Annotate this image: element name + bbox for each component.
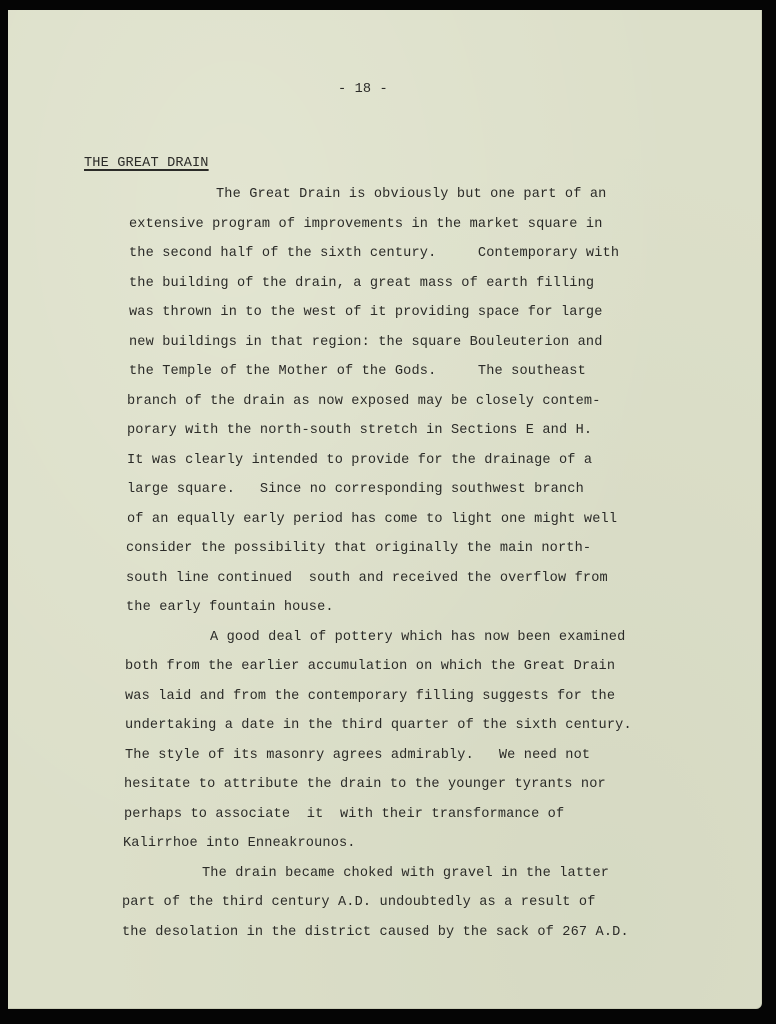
- text-line: perhaps to associate it with their trans…: [124, 807, 564, 822]
- text-line: consider the possibility that originally…: [126, 541, 591, 556]
- text-line: The drain became choked with gravel in t…: [202, 866, 609, 881]
- text-line: It was clearly intended to provide for t…: [127, 453, 592, 468]
- text-line: the desolation in the district caused by…: [122, 925, 629, 940]
- text-line: south line continued south and received …: [126, 571, 608, 586]
- text-line: new buildings in that region: the square…: [129, 335, 603, 350]
- text-line: porary with the north-south stretch in S…: [127, 423, 592, 438]
- text-line: the second half of the sixth century. Co…: [129, 246, 619, 261]
- text-line: of an equally early period has come to l…: [127, 512, 617, 527]
- text-line: hesitate to attribute the drain to the y…: [124, 777, 606, 792]
- text-line: the Temple of the Mother of the Gods. Th…: [129, 364, 586, 379]
- text-line: the building of the drain, a great mass …: [129, 276, 594, 291]
- text-line: The style of its masonry agrees admirabl…: [125, 748, 590, 763]
- typewritten-page: - 18 - THE GREAT DRAIN The Great Drain i…: [8, 10, 762, 1009]
- text-line: was laid and from the contemporary filli…: [125, 689, 615, 704]
- text-line: the early fountain house.: [126, 600, 334, 615]
- text-line: was thrown in to the west of it providin…: [129, 305, 603, 320]
- text-line: part of the third century A.D. undoubted…: [122, 895, 596, 910]
- text-line: Kalirrhoe into Enneakrounos.: [123, 836, 356, 851]
- text-line: undertaking a date in the third quarter …: [125, 718, 632, 733]
- text-line: large square. Since no corresponding sou…: [127, 482, 584, 497]
- section-heading: THE GREAT DRAIN: [84, 156, 209, 171]
- text-line: The Great Drain is obviously but one par…: [216, 187, 606, 202]
- text-line: branch of the drain as now exposed may b…: [127, 394, 601, 409]
- text-line: A good deal of pottery which has now bee…: [210, 630, 625, 645]
- page-number: - 18 -: [338, 82, 388, 97]
- text-line: extensive program of improvements in the…: [129, 217, 603, 232]
- text-line: both from the earlier accumulation on wh…: [125, 659, 615, 674]
